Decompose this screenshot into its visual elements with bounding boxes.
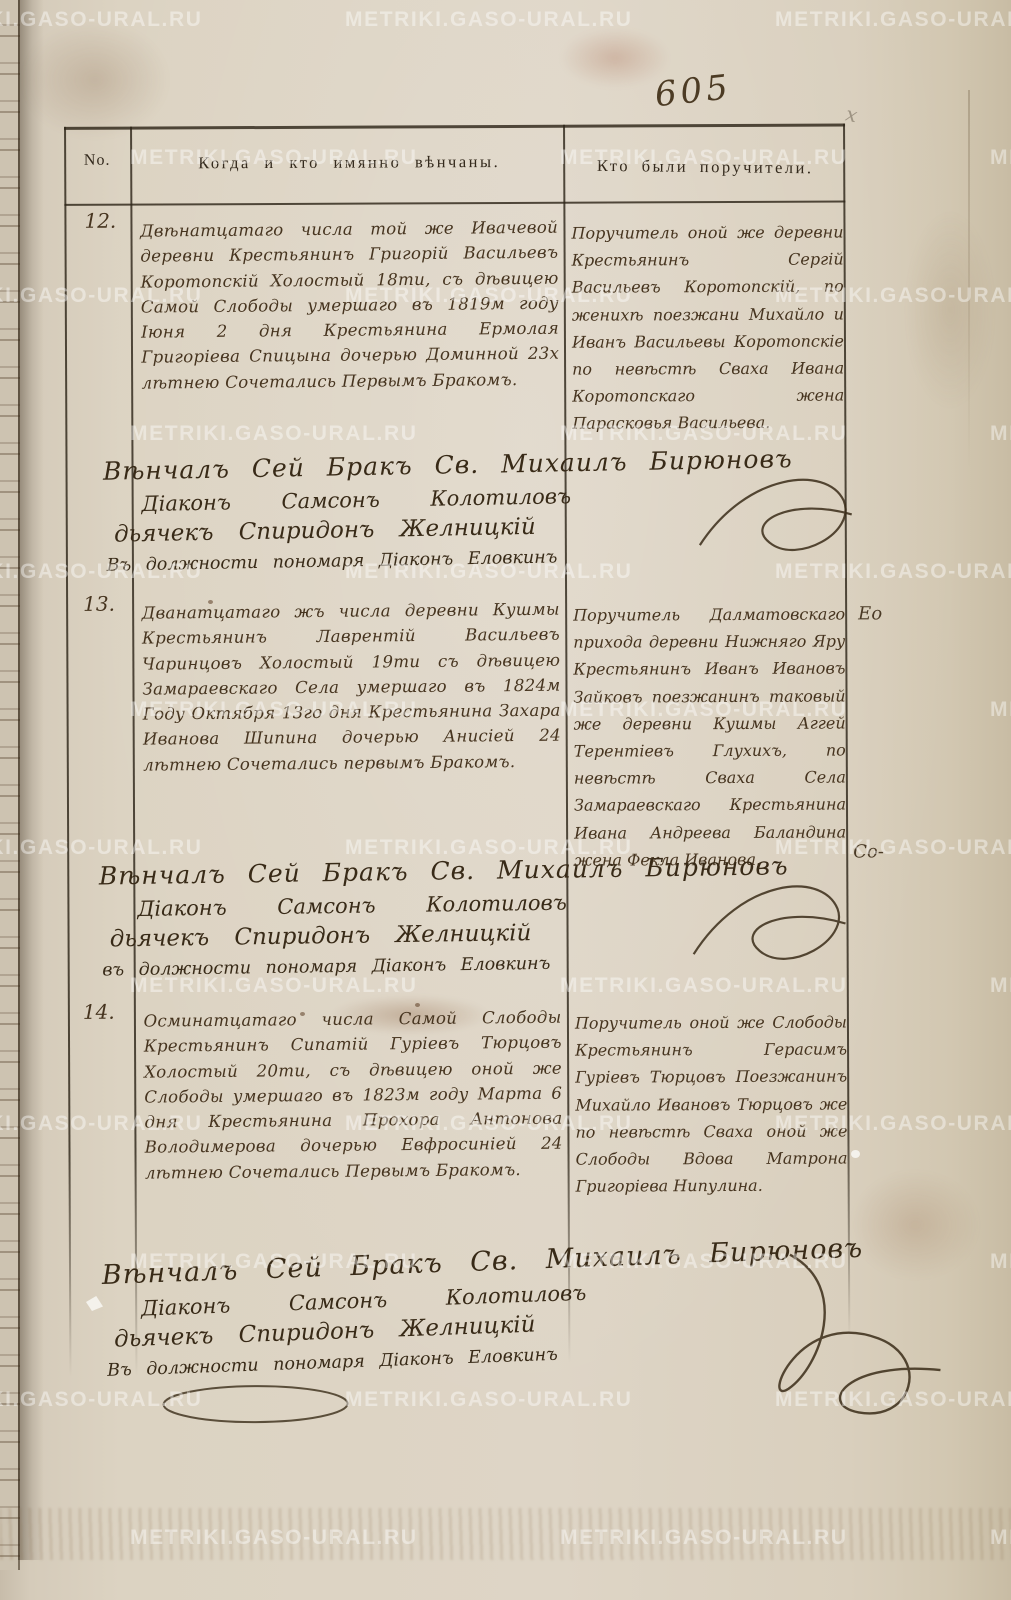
scanned-metric-book-page: { "page": { "page_number": "605", "corne… [0, 0, 1011, 1600]
table-header-divider [64, 200, 845, 205]
paper-sheet: No. Когда и кто имянно вѣнчаны. Кто были… [0, 0, 1011, 1600]
record-number: 14. [83, 1000, 115, 1024]
record-wedded-text: Двѣнатцатаго числа той же Ивачевой дерев… [140, 215, 560, 396]
record-wedded-text: Осминатцатаго числа Самой Слободы Кресть… [143, 1005, 563, 1186]
signature-flourish [683, 868, 854, 999]
table-top-border [64, 123, 845, 129]
signature-flourish [750, 1246, 981, 1457]
table-left-border [64, 127, 71, 1377]
record-guarantors-text: Поручитель оной же Слободы Крестьянинъ Г… [575, 1008, 848, 1200]
record-wedded-text: Дванатцатаго жъ числа деревни Кушмы Крес… [142, 597, 562, 778]
record-number: 12. [84, 209, 116, 233]
margin-note: Ео [858, 603, 882, 624]
signature-flourish [155, 1379, 355, 1430]
signature-flourish [692, 464, 863, 585]
page-number: 605 [653, 67, 734, 115]
table-column-divider-2 [563, 125, 570, 1363]
record-guarantors-text: Поручитель оной же деревни Крестьянинъ С… [571, 218, 844, 437]
column-header-guarantors: Кто были поручители. [576, 156, 834, 179]
table-column-divider-1 [130, 127, 137, 1377]
margin-note: Со- [853, 841, 884, 862]
record-guarantors-text: Поручитель Далматовскаго прихода деревни… [573, 600, 846, 873]
record-number: 13. [83, 592, 115, 616]
column-header-wedded: Когда и кто имянно вѣнчаны. [148, 152, 550, 174]
column-header-number: No. [64, 152, 130, 170]
table-and-text: No. Когда и кто имянно вѣнчаны. Кто были… [0, 0, 1011, 1600]
corner-pencil-mark: х [844, 102, 860, 128]
